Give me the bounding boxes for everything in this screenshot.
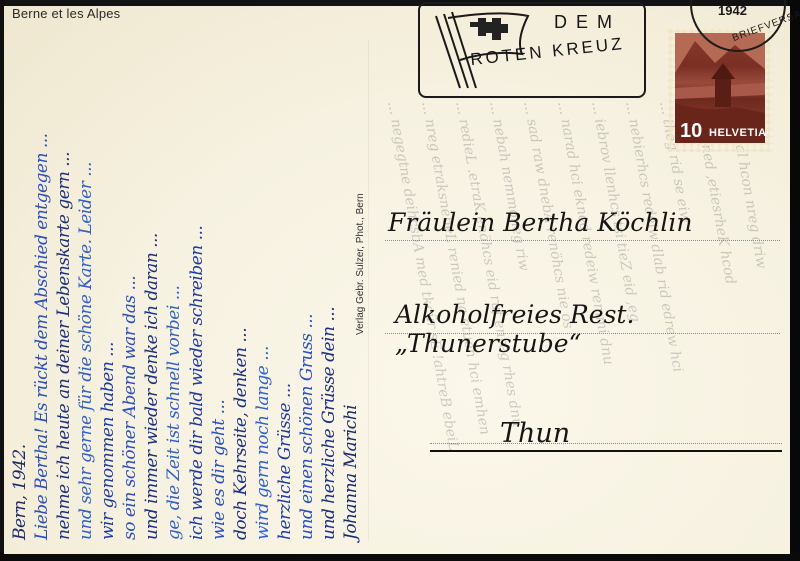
letter-line-text: ge, die Zeit ist schnell vorbei ...: [164, 286, 184, 540]
address-guideline-3: [430, 443, 782, 444]
letter-line-text: Johanna Marichi: [341, 405, 361, 540]
letter-line: und sehr gerne für die schöne Karte. Lei…: [74, 10, 94, 545]
address-street: Alkoholfreies Rest. „Thunerstube“: [395, 300, 800, 358]
letter-line: und herzliche Grüsse dein ...: [317, 10, 337, 545]
letter-line: wie es dir geht ...: [207, 10, 227, 545]
letter-line-text: und einen schönen Gruss ...: [297, 314, 317, 540]
letter-line: doch Kehrseite, denken ...: [229, 10, 249, 545]
letter-line: und einen schönen Gruss ...: [295, 10, 315, 545]
letter-line-text: Liebe Bertha! Es rückt dem Abschied entg…: [32, 133, 52, 540]
letter-line: wir genommen haben ...: [96, 10, 116, 545]
publisher-imprint: Verlag Gebr. Sulzer, Phot., Bern: [355, 115, 369, 335]
letter-line-text: ich werde dir bald wieder schreiben ...: [187, 226, 207, 540]
address-guideline-1: [385, 240, 780, 241]
letter-line: ich werde dir bald wieder schreiben ...: [185, 10, 205, 545]
letter-line-text: doch Kehrseite, denken ...: [231, 328, 251, 540]
card-caption: Berne et les Alpes: [12, 6, 120, 21]
letter-line-text: nehme ich heute an deiner Lebenskarte ge…: [54, 152, 74, 540]
slogan-line-1: DEM: [554, 12, 621, 33]
letter-line: nehme ich heute an deiner Lebenskarte ge…: [52, 10, 72, 545]
letter-line: ge, die Zeit ist schnell vorbei ...: [162, 10, 182, 545]
letter-line: Bern, 1942.: [8, 10, 28, 545]
letter-line: so ein schöner Abend war das ...: [118, 10, 138, 545]
postmark-year: 1942: [718, 3, 747, 18]
letter-line: Liebe Bertha! Es rückt dem Abschied entg…: [30, 10, 50, 545]
stamp-value: 10: [680, 120, 702, 143]
address-city: Thun: [500, 418, 570, 449]
letter-line-text: und immer wieder denke ich daran ...: [142, 233, 162, 540]
letter-line-text: wie es dir geht ...: [209, 400, 229, 540]
address-underline: [430, 450, 782, 452]
letter-line-text: wird gern noch lange ...: [253, 346, 273, 540]
letter-line-text: und herzliche Grüsse dein ...: [319, 307, 339, 540]
address-recipient: Fräulein Bertha Köchlin: [388, 208, 693, 237]
letter-line-text: herzliche Grüsse ...: [275, 383, 295, 540]
letter-line: herzliche Grüsse ...: [273, 10, 293, 545]
letter-line: und immer wieder denke ich daran ...: [140, 10, 160, 545]
stamp-country: HELVETIA: [709, 127, 767, 139]
letter-line: wird gern noch lange ...: [251, 10, 271, 545]
letter-line-text: wir genommen haben ...: [98, 342, 118, 540]
letter-line-text: und sehr gerne für die schöne Karte. Lei…: [76, 162, 96, 540]
handwritten-letter: Bern, 1942.Liebe Bertha! Es rückt dem Ab…: [8, 10, 373, 545]
letter-line-text: so ein schöner Abend war das ...: [120, 276, 140, 540]
letter-line-text: Bern, 1942.: [10, 444, 30, 540]
publisher-imprint-text: Verlag Gebr. Sulzer, Phot., Bern: [355, 193, 366, 335]
